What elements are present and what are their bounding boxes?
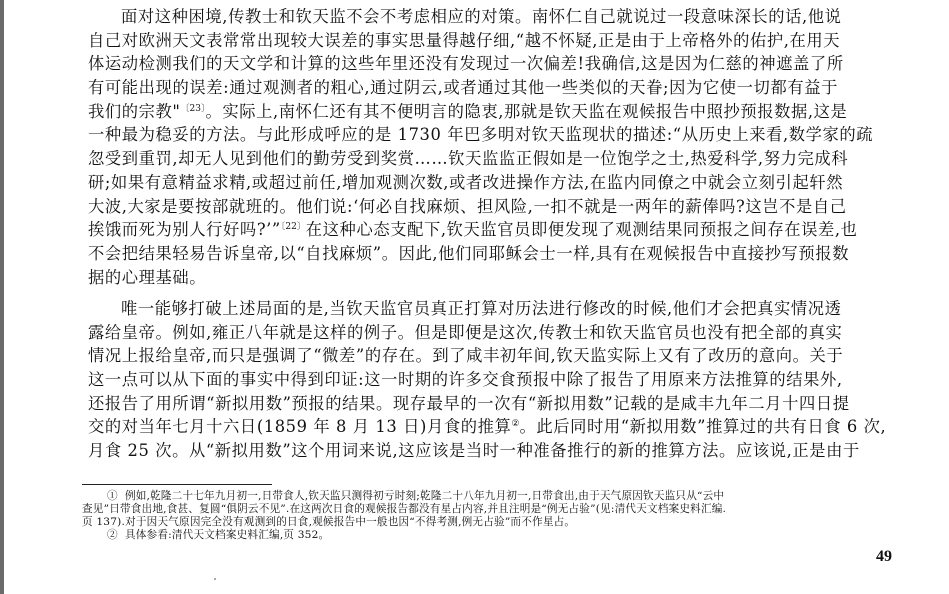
text-line: 我们的宗教"〔23〕。实际上,南怀仁还有其不便明言的隐衷,那就是钦天监在观候报告…: [88, 100, 838, 124]
text-line: 情况上报给皇帝,而只是强调了“微差”的存在。到了咸丰初年间,钦天监实际上又有了改…: [88, 344, 838, 368]
citation-ref: 〔23〕: [181, 104, 206, 114]
footnote-marker: ②: [107, 529, 118, 541]
text-line: 这一点可以从下面的事实中得到印证:这一时期的许多交食预报中除了报告了用原来方法推…: [88, 368, 838, 392]
text-line: 挨饿而死为别人行好吗?’”〔22〕在这种心态支配下,钦天监官员即便发现了观测结果…: [88, 218, 838, 242]
footnote-1-line: 查见”日带食出地,食甚、复圆“俱阴云不见”.在这两次日食的观候报告都没有星占内容…: [82, 503, 642, 516]
text-fragment: 挨饿而死为别人行好吗?’”: [88, 220, 281, 239]
text-line: 一种最为稳妥的方法。与此形成呼应的是 1730 年巴多明对钦天监现状的描述:“从…: [88, 123, 838, 147]
text-line: 还报告了用所谓“新拟用数”预报的结果。现存最早的一次有“新拟用数”记载的是咸丰九…: [88, 392, 838, 416]
paragraph-2: 唯一能够打破上述局面的是,当钦天监官员真正打算对历法进行修改的时候,他们才会把真…: [88, 297, 838, 463]
text-fragment: 我们的宗教": [88, 102, 181, 121]
footnote-2-line: ② 具体参看:清代天文档案史料汇编,页 352。: [82, 529, 642, 542]
text-line: 交的对当年七月十六日(1859 年 8 月 13 日)月食的推算②。此后同时用“…: [88, 415, 838, 439]
footnotes: ① 例如,乾隆二十七年九月初一,日带食人,钦天监只测得初亏时刻;乾隆二十八年九月…: [82, 490, 642, 542]
text-line: 面对这种困境,传教士和钦天监不会不考虑相应的对策。南怀仁自己就说过一段意味深长的…: [88, 5, 838, 29]
text-line: 自己对欧洲天文表常常出现较大误差的事实思量得越仔细,“越不怀疑,正是由于上帝格外…: [88, 29, 838, 53]
footnote-text: 具体参看:清代天文档案史料汇编,页 352。: [125, 529, 329, 541]
text-line: 大波,大家是要按部就班的。他们说:‘何必自找麻烦、担风险,一扣不就是一两年的薪俸…: [88, 195, 838, 219]
footnote-separator: [82, 484, 272, 485]
footnote-marker: ①: [107, 490, 118, 502]
page-number: 49: [876, 548, 892, 566]
text-line: 据的心理基础。: [88, 266, 838, 290]
text-fragment: 。此后同时用“新拟用数”推算过的共有日食 6 次,: [519, 417, 886, 436]
text-fragment: 。实际上,南怀仁还有其不便明言的隐衷,那就是钦天监在观候报告中照抄预报数据,这是: [205, 102, 847, 121]
text-line: 露给皇帝。例如,雍正八年就是这样的例子。但是即便是这次,传教士和钦天监官员也没有…: [88, 321, 838, 345]
text-line: 唯一能够打破上述局面的是,当钦天监官员真正打算对历法进行修改的时候,他们才会把真…: [88, 297, 838, 321]
text-line: 体运动检测我们的天文学和计算的这些年里还没有发现过一次偏差!我确信,这是因为仁慈…: [88, 52, 838, 76]
footnote-1-line: 页 137).对于因天气原因完全没有观测到的日食,观候报告中一般也因“不得考测,…: [82, 516, 642, 529]
scan-left-border: [0, 0, 4, 594]
scan-speck: [214, 578, 216, 580]
text-line: 研;如果有意精益求精,或超过前任,增加观测次数,或者改进操作方法,在监内同僚之中…: [88, 171, 838, 195]
text-fragment: 在这种心态支配下,钦天监官员即便发现了观测结果同预报之间存在误差,也: [306, 220, 858, 239]
paragraph-1: 面对这种困境,传教士和钦天监不会不考虑相应的对策。南怀仁自己就说过一段意味深长的…: [88, 5, 838, 289]
footnote-text: 例如,乾隆二十七年九月初一,日带食人,钦天监只测得初亏时刻;乾隆二十八年九月初一…: [125, 490, 724, 502]
text-line: 月食 25 次。从“新拟用数”这个用词来说,这应该是当时一种准备推行的新的推算方…: [88, 439, 838, 463]
text-line: 有可能出现的误差:通过观测者的粗心,通过阴云,或者通过其他一些类似的天眷;因为它…: [88, 76, 838, 100]
text-fragment: 交的对当年七月十六日(1859 年 8 月 13 日)月食的推算: [88, 417, 511, 436]
citation-ref: 〔22〕: [281, 222, 306, 232]
footnote-1-line: ① 例如,乾隆二十七年九月初一,日带食人,钦天监只测得初亏时刻;乾隆二十八年九月…: [82, 490, 642, 503]
text-line: 不会把结果轻易告诉皇帝,以“自找麻烦”。因此,他们同耶稣会士一样,具有在观候报告…: [88, 242, 838, 266]
text-line: 忽受到重罚,却无人见到他们的勤劳受到奖赏……钦天监监正假如是一位饱学之士,热爱科…: [88, 147, 838, 171]
